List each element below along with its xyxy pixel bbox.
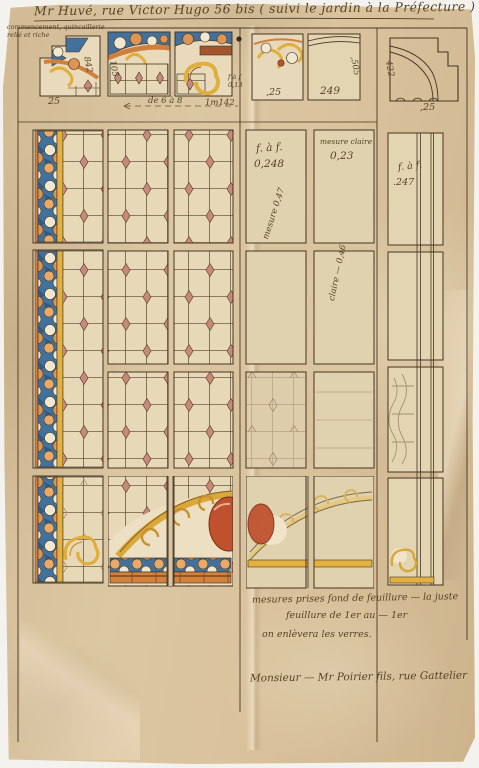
measure-d-width: ,25 <box>420 103 435 114</box>
lattice-row1 <box>108 130 233 243</box>
bay-panel-3 <box>246 251 306 364</box>
bay1-value: 0,248 <box>254 158 284 170</box>
bay1-label: f. à f. <box>256 141 283 155</box>
frame-outline-column <box>388 133 443 585</box>
lattice-column <box>108 130 249 586</box>
measure-faf-small-value: 0,13 <box>228 82 242 89</box>
bay4-value: .247 <box>393 178 414 189</box>
pin-hole <box>236 36 241 41</box>
measure-span-label: de 6 à 8 <box>148 97 182 107</box>
bay-panel-faint-lattice <box>246 372 306 468</box>
measure-c1-width: ,25 <box>266 88 281 99</box>
measure-c2-width: 249 <box>320 85 340 97</box>
footer-note-line2: feuillure de 1er au — 1er <box>286 611 407 622</box>
measure-105: 105 <box>106 60 118 78</box>
footer-note-line3: on enlèvera les verres. <box>262 630 372 641</box>
bay-row4-sketch <box>246 476 374 588</box>
lattice-row2 <box>108 251 233 364</box>
frame-panel-1 <box>388 133 443 245</box>
lattice-row4-ornament <box>108 476 249 586</box>
bay-panel-pencil <box>314 372 374 468</box>
bay2-label: mesure claire <box>320 138 372 147</box>
drawing-linework <box>0 0 479 768</box>
lattice-row3 <box>108 372 233 468</box>
frame-panel-2 <box>388 252 443 360</box>
corner-note-line2: relié et riche <box>7 32 49 39</box>
floral-panel-top <box>33 130 103 243</box>
photographed-drawing: { "meta": { "description": "Hand-drawn s… <box>0 0 479 768</box>
measure-c2-height: ,505 <box>347 56 360 76</box>
floral-panel-bottom <box>33 476 103 583</box>
bay2-value: 0,23 <box>330 150 353 162</box>
bay-panel-2 <box>314 130 374 243</box>
head-panel-arch-right <box>175 32 232 96</box>
floral-border-column <box>33 130 103 583</box>
head-panel-profile <box>390 38 458 101</box>
measure-d-height: 422 <box>382 60 394 78</box>
measure-842: 842 <box>80 56 93 74</box>
floral-panel-middle <box>33 250 103 468</box>
measure-panel-a: 25 <box>48 97 60 108</box>
frame-panel-4 <box>388 478 443 585</box>
measured-column <box>246 130 374 588</box>
measure-span-total: 1m142 <box>205 99 235 109</box>
